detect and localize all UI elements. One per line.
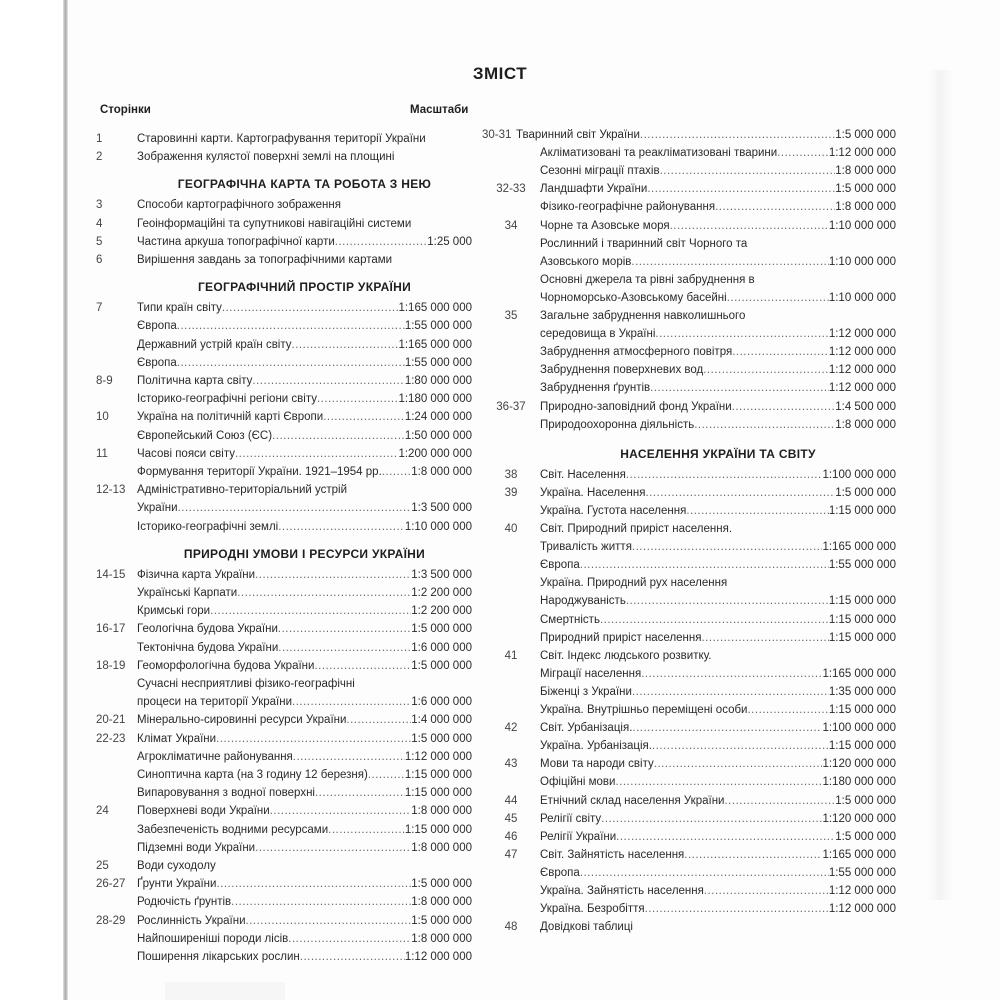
page-number: 7 [96,299,137,317]
header-pages: Сторінки [100,104,151,116]
page-binding-edge [63,0,68,1000]
map-scale: 1:4 500 000 [835,398,896,416]
entry-title: Типи країн світу [137,299,222,317]
toc-entry[interactable]: Забруднення ґрунтів1:12 000 000 [482,379,896,397]
map-scale: 1:55 000 000 [829,864,896,882]
map-scale: 1:10 000 000 [829,217,896,235]
page-number [482,538,540,556]
toc-entry[interactable]: 46Релігії України1:5 000 000 [482,828,896,846]
toc-entry[interactable]: 39Україна. Населення1:5 000 000 [482,484,896,502]
toc-entry[interactable]: 47Світ. Зайнятість населення1:165 000 00… [482,846,896,864]
toc-entry[interactable]: Україна. Природний рух населення [482,574,896,592]
map-scale: 1:50 000 000 [405,427,472,445]
map-scale: 1:8 000 000 [835,416,896,434]
map-scale: 1:165 000 000 [822,846,896,864]
entry-title: Релігії світу [540,810,601,828]
page-number: 25 [96,857,137,875]
toc-entry[interactable]: 43Мови та народи світу1:120 000 000 [482,755,896,773]
entry-title: Історико-географічні землі [137,518,278,536]
page-number [482,253,540,271]
dot-leader [732,343,829,361]
page-number [482,556,540,574]
toc-entry[interactable]: Європа1:55 000 000 [96,354,472,372]
toc-entry[interactable]: Основні джерела та рівні забруднення в [482,271,896,289]
page-number: 2 [96,148,137,166]
dot-leader [382,463,411,481]
toc-entry[interactable]: Підземні води України1:8 000 000 [96,839,472,857]
entry-title: Клімат України [137,730,216,748]
entry-title: Релігії України [540,828,616,846]
toc-entry[interactable]: Україна. Густота населення1:15 000 000 [482,502,896,520]
toc-entry[interactable]: Природоохоронна діяльність1:8 000 000 [482,416,896,434]
toc-entry[interactable]: Азовського морів1:10 000 000 [482,253,896,271]
page-number [482,235,540,253]
map-scale: 1:12 000 000 [405,948,472,966]
entry-title: Смертність [540,611,600,629]
dot-leader [616,828,835,846]
entry-title: Україна на політичній карті Європи [137,408,323,426]
entry-title: Україна. Урбанізація. [540,737,652,755]
entry-title: Тривалість життя [540,538,632,556]
page-number [482,271,540,289]
entry-title: Випаровування з водної поверхні [137,784,315,802]
toc-entry[interactable]: 34Чорне та Азовське моря1:10 000 000 [482,217,896,235]
entry-title: Фізико-географічне районування [540,198,715,216]
map-scale: 1:5 000 000 [835,828,896,846]
toc-entry[interactable]: 35Загальне забруднення навколишнього [482,307,896,325]
toc-entry[interactable]: 10Україна на політичній карті Європи1:24… [96,408,472,426]
entry-title: Світ. Населення [540,466,626,484]
entry-title: Світ. Природний приріст населення. [540,520,732,538]
page-number [482,574,540,592]
dot-leader [701,629,828,647]
entry-title: Забруднення ґрунтів [540,379,650,397]
toc-entry[interactable]: процеси на території України1:6 000 000 [96,693,472,711]
page-number [482,502,540,520]
dot-leader [727,289,829,307]
toc-entry[interactable]: 20-21Мінерально-сировинні ресурси Україн… [96,711,472,729]
dot-leader [704,882,829,900]
entry-title: Часові пояси світу [137,445,235,463]
dot-leader [278,518,405,536]
toc-entry[interactable]: Рослинний і тваринний світ Чорного та [482,235,896,253]
toc-entry[interactable]: Історико-географічні регіони світу1:180 … [96,390,472,408]
entry-title: Адміністративно-територіальний устрій [137,481,347,499]
dot-leader [368,766,405,784]
toc-entry[interactable]: Синоптична карта (на 3 годину 12 березня… [96,766,472,784]
page-number [96,839,137,857]
page-number: 5 [96,233,137,251]
entry-title: Рослинний і тваринний світ Чорного та [540,235,747,253]
dot-leader [694,416,835,434]
map-scale: 1:165 000 000 [822,665,896,683]
map-scale: 1:35 000 000 [829,683,896,701]
dot-leader [632,538,823,556]
toc-entry[interactable]: Агрокліматичне районування1:12 000 000 [96,748,472,766]
map-scale: 1:12 000 000 [829,361,896,379]
page-number [96,948,137,966]
map-scale: 1:200 000 000 [398,445,472,463]
entry-title: України [137,499,178,517]
page-number: 16-17 [96,620,137,638]
entry-title: Світ. Індекс людського розвитку. [540,647,711,665]
entry-title: Сучасні несприятливі фізико-географічні [137,675,355,693]
entry-title: Офіційні мови [540,773,615,791]
toc-entry[interactable]: Акліматизовані та реакліматизовані твари… [482,144,896,162]
entry-title: Частина аркуша топографічної карти [137,233,335,251]
page-number [482,343,540,361]
toc-entry[interactable]: Сезонні міграції птахів1:8 000 000 [482,162,896,180]
entry-title: Народжуваність [540,592,626,610]
toc-entry[interactable]: Державний устрій країн світу1:165 000 00… [96,336,472,354]
toc-entry[interactable]: Україна. Безробіття1:12 000 000 [482,900,896,918]
page-number [482,379,540,397]
page-number: 36-37 [482,398,540,416]
dot-leader [231,893,411,911]
map-scale: 1:3 500 000 [411,566,472,584]
entry-title: Світ. Зайнятість населення [540,846,684,864]
dot-leader [237,584,411,602]
dot-leader [647,180,835,198]
toc-entry[interactable]: Найпоширеніші породи лісів1:8 000 000 [96,930,472,948]
dot-leader [640,126,835,144]
toc-entry[interactable]: Міграції населення1:165 000 000 [482,665,896,683]
toc-entry[interactable]: Європа1:55 000 000 [482,864,896,882]
entry-title: Найпоширеніші породи лісів [137,930,288,948]
toc-entry[interactable]: Українські Карпати1:2 200 000 [96,584,472,602]
entry-title: Природно-заповідний фонд України [540,398,732,416]
entry-title: Ґрунти України [137,875,216,893]
page-number: 35 [482,307,540,325]
map-scale: 1:5 000 000 [411,730,472,748]
page-number: 44 [482,792,540,810]
map-scale: 1:120 000 000 [822,755,896,773]
map-scale: 1:5 000 000 [835,792,896,810]
toc-entry[interactable]: 7Типи країн світу1:165 000 000 [96,299,472,317]
page-number: 43 [482,755,540,773]
map-scale: 1:2 200 000 [411,584,472,602]
entry-title: процеси на території України [137,693,292,711]
page-number: 18-19 [96,657,137,675]
page-number: 24 [96,802,137,820]
dot-leader [631,253,828,271]
toc-entry[interactable]: Природний приріст населення1:15 000 000 [482,629,896,647]
entry-title: Європа [137,317,177,335]
map-scale: 1:8 000 000 [411,839,472,857]
toc-entry[interactable]: Народжуваність1:15 000 000 [482,592,896,610]
entry-title: Українські Карпати [137,584,237,602]
dot-leader [777,144,829,162]
map-scale: 1:3 500 000 [411,499,472,517]
map-scale: 1:4 000 000 [411,711,472,729]
section-heading: ГЕОГРАФІЧНИЙ ПРОСТІР УКРАЇНИ [137,277,472,297]
page-number [96,675,137,693]
entry-title: Державний устрій країн світу [137,336,292,354]
toc-entry[interactable]: 8-9Політична карта світу1:80 000 000 [96,372,472,390]
page-number: 28-29 [96,912,137,930]
page-number [96,390,137,408]
dot-leader [645,484,835,502]
toc-entry[interactable]: Європейський Союз (ЄС)1:50 000 000 [96,427,472,445]
dot-leader [715,198,835,216]
page-number: 6 [96,251,137,269]
dot-leader [255,839,411,857]
dot-leader [328,821,405,839]
page-number: 10 [96,408,137,426]
entry-title: Довідкові таблиці [540,918,633,936]
entry-title: Старовинні карти. Картографування терито… [137,130,426,148]
toc-entry[interactable]: Фізико-географічне районування1:8 000 00… [482,198,896,216]
toc-entry[interactable]: Забезпеченість водними ресурсами1:15 000… [96,821,472,839]
toc-entry[interactable]: Тектонічна будова України1:6 000 000 [96,639,472,657]
section-heading: НАСЕЛЕННЯ УКРАЇНИ ТА СВІТУ [540,444,896,464]
entry-title: Україна. Зайнятість населення [540,882,704,900]
page-number: 41 [482,647,540,665]
entry-title: Забруднення атмосферного повітря [540,343,732,361]
toc-entry[interactable]: 25Води суходолу [96,857,472,875]
entry-title: Мінерально-сировинні ресурси України [137,711,346,729]
entry-title: Забруднення поверхневих вод [540,361,703,379]
entry-title: Поширення лікарських рослин [137,948,300,966]
toc-entry[interactable]: Випаровування з водної поверхні1:15 000 … [96,784,472,802]
dot-leader [255,566,411,584]
page-number: 14-15 [96,566,137,584]
dot-leader [670,217,829,235]
toc-entry[interactable]: 1Старовинні карти. Картографування терит… [96,130,472,148]
toc-entry[interactable]: 40Світ. Природний приріст населення. [482,520,896,538]
map-scale: 1:12 000 000 [829,882,896,900]
toc-entry[interactable]: 5Частина аркуша топографічної карти1:25 … [96,233,472,251]
toc-entry[interactable]: 45Релігії світу1:120 000 000 [482,810,896,828]
dot-leader [335,233,427,251]
toc-entry[interactable]: Кримські гори1:2 200 000 [96,602,472,620]
toc-entry[interactable]: Забруднення поверхневих вод1:12 000 000 [482,361,896,379]
dot-leader [177,354,405,372]
map-scale: 1:5 000 000 [411,912,472,930]
page-number [482,289,540,307]
toc-entry[interactable]: Україна. Зайнятість населення1:12 000 00… [482,882,896,900]
toc-entry[interactable]: 12-13Адміністративно-територіальний устр… [96,481,472,499]
page-number: 3 [96,196,137,214]
dot-leader [632,719,822,737]
toc-entry[interactable]: 44Етнічний склад населення України1:5 00… [482,792,896,810]
toc-entry[interactable]: 2Зображення кулястої поверхні землі на п… [96,148,472,166]
map-scale: 1:15 000 000 [829,701,896,719]
entry-title: Геологічна будова України [137,620,278,638]
section-heading: ГЕОГРАФІЧНА КАРТА ТА РОБОТА З НЕЮ [137,174,472,194]
page-number [482,325,540,343]
entry-title: Етнічний склад населення України [540,792,724,810]
page-number: 22-23 [96,730,137,748]
entry-title: Формування території України. 1921–1954 … [137,463,382,481]
entry-title: Україна. Безробіття [540,900,645,918]
page-number: 30-31 [482,126,516,144]
dot-leader [314,657,411,675]
entry-title: Україна. Населення [540,484,645,502]
page-number [96,499,137,517]
page-number [482,611,540,629]
dot-leader [288,930,411,948]
map-scale: 1:8 000 000 [411,893,472,911]
dot-leader [684,846,822,864]
entry-title: Україна. Внутрішньо переміщені особи [540,701,747,719]
map-scale: 1:12 000 000 [405,748,472,766]
page-number: 45 [482,810,540,828]
entry-title: Мови та народи світу [540,755,654,773]
dot-leader [650,379,829,397]
toc-entry[interactable]: Смертність1:15 000 000 [482,611,896,629]
dot-leader [580,864,829,882]
toc-entry[interactable]: 16-17Геологічна будова України1:5 000 00… [96,620,472,638]
dot-leader [300,948,405,966]
entry-title: Біженці з України [540,683,632,701]
entry-title: Зображення кулястої поверхні землі на пл… [137,148,394,166]
map-scale: 1:8 000 000 [835,198,896,216]
toc-entry[interactable]: 42Світ. Урбанізація.1:100 000 000 [482,719,896,737]
toc-entry[interactable]: 22-23Клімат України1:5 000 000 [96,730,472,748]
toc-entry[interactable]: Забруднення атмосферного повітря1:12 000… [482,343,896,361]
header-scales: Масштаби [410,104,468,116]
dot-leader [654,755,823,773]
dot-leader [632,683,829,701]
dot-leader [660,162,836,180]
toc-entry[interactable]: 41Світ. Індекс людського розвитку. [482,647,896,665]
map-scale: 1:15 000 000 [405,784,472,802]
toc-entry[interactable]: 48Довідкові таблиці [482,918,896,936]
page-number: 32-33 [482,180,540,198]
entry-title: середовища в Україні [540,325,655,343]
entry-title: Україна. Природний рух населення [540,574,727,592]
toc-entry[interactable]: Європа1:55 000 000 [482,556,896,574]
section-heading: ПРИРОДНІ УМОВИ І РЕСУРСИ УКРАЇНИ [137,544,472,564]
page-number [482,198,540,216]
map-scale: 1:180 000 000 [822,773,896,791]
toc-entry[interactable]: 26-27Ґрунти України1:5 000 000 [96,875,472,893]
map-scale: 1:24 000 000 [405,408,472,426]
toc-entry[interactable]: 24Поверхневі води України1:8 000 000 [96,802,472,820]
entry-title: Поверхневі води України [137,802,270,820]
dot-leader [270,802,412,820]
dot-leader [216,875,411,893]
dot-leader [178,499,412,517]
dot-leader [615,773,822,791]
map-scale: 1:15 000 000 [829,592,896,610]
toc-entry[interactable]: Офіційні мови1:180 000 000 [482,773,896,791]
entry-title: Міграції населення [540,665,641,683]
dot-leader [732,398,836,416]
entry-title: Кримські гори [137,602,210,620]
dot-leader [601,810,822,828]
toc-entry[interactable]: Європа1:55 000 000 [96,317,472,335]
toc-entry[interactable]: Сучасні несприятливі фізико-географічні [96,675,472,693]
dot-leader [315,784,405,802]
toc-entry[interactable]: 11Часові пояси світу1:200 000 000 [96,445,472,463]
dot-leader [580,556,829,574]
page-number [96,766,137,784]
page-number: 39 [482,484,540,502]
map-scale: 1:12 000 000 [829,325,896,343]
toc-entry[interactable]: Біженці з України1:35 000 000 [482,683,896,701]
entry-title: Європа [540,556,580,574]
page-number [482,737,540,755]
entry-title: Природний приріст населення [540,629,701,647]
toc-entry[interactable]: Поширення лікарських рослин1:12 000 000 [96,948,472,966]
page-number [482,162,540,180]
toc-entry[interactable]: 6Вирішення завдань за топографічними кар… [96,251,472,269]
page-number [482,773,540,791]
map-scale: 1:165 000 000 [398,336,472,354]
toc-entry[interactable]: Чорноморсько-Азовському басейні1:10 000 … [482,289,896,307]
toc-entry[interactable]: Тривалість життя1:165 000 000 [482,538,896,556]
toc-entry[interactable]: 14-15Фізична карта України1:3 500 000 [96,566,472,584]
toc-entry[interactable]: Україна. Внутрішньо переміщені особи1:15… [482,701,896,719]
toc-entry[interactable]: 3Способи картографічного зображення [96,196,472,214]
toc-entry[interactable]: 18-19Геоморфологічна будова України1:5 0… [96,657,472,675]
map-scale: 1:5 000 000 [835,484,896,502]
toc-entry[interactable]: 4Геоінформаційні та супутникові навігаці… [96,215,472,233]
page-number: 42 [482,719,540,737]
entry-title: Чорноморсько-Азовському басейні [540,289,727,307]
map-scale: 1:165 000 000 [822,538,896,556]
map-scale: 1:15 000 000 [829,629,896,647]
entry-title: Води суходолу [137,857,216,875]
toc-entry[interactable]: 32-33Ландшафти України1:5 000 000 [482,180,896,198]
entry-title: Загальне забруднення навколишнього [540,307,745,325]
dot-leader [278,639,411,657]
map-scale: 1:80 000 000 [405,372,472,390]
page-number: 26-27 [96,875,137,893]
page-number: 46 [482,828,540,846]
page-number: 47 [482,846,540,864]
map-scale: 1:5 000 000 [411,620,472,638]
entry-title: Геоморфологічна будова України [137,657,314,675]
dot-leader [652,737,829,755]
toc-entry[interactable]: Україна. Урбанізація.1:15 000 000 [482,737,896,755]
page-number: 11 [96,445,137,463]
toc-entry[interactable]: Родючість ґрунтів1:8 000 000 [96,893,472,911]
entry-title: Тваринний світ України [516,126,640,144]
page-number [482,864,540,882]
page-number: 34 [482,217,540,235]
toc-entry[interactable]: 28-29Рослинність України1:5 000 000 [96,912,472,930]
dot-leader [246,912,412,930]
toc-entry[interactable]: 36-37Природно-заповідний фонд України1:4… [482,398,896,416]
map-scale: 1:55 000 000 [405,354,472,372]
page-number [482,592,540,610]
dot-leader [177,317,405,335]
entry-title: Україна. Густота населення [540,502,686,520]
entry-title: Основні джерела та рівні забруднення в [540,271,755,289]
entry-title: Геоінформаційні та супутникові навігацій… [137,215,411,233]
toc-entry[interactable]: України1:3 500 000 [96,499,472,517]
entry-title: Політична карта світу [137,372,252,390]
toc-entry[interactable]: Історико-географічні землі1:10 000 000 [96,518,472,536]
toc-entry[interactable]: Формування території України. 1921–1954 … [96,463,472,481]
page-number [96,317,137,335]
toc-entry[interactable]: 38Світ. Населення1:100 000 000 [482,466,896,484]
map-scale: 1:12 000 000 [829,900,896,918]
page-number: 40 [482,520,540,538]
entry-title: Європа [137,354,177,372]
toc-entry[interactable]: середовища в Україні1:12 000 000 [482,325,896,343]
toc-entry[interactable]: 30-31Тваринний світ України1:5 000 000 [482,126,896,144]
map-scale: 1:2 200 000 [411,602,472,620]
map-scale: 1:12 000 000 [829,343,896,361]
map-scale: 1:100 000 000 [822,719,896,737]
page-number [96,930,137,948]
dot-leader [600,611,829,629]
dot-leader [655,325,828,343]
